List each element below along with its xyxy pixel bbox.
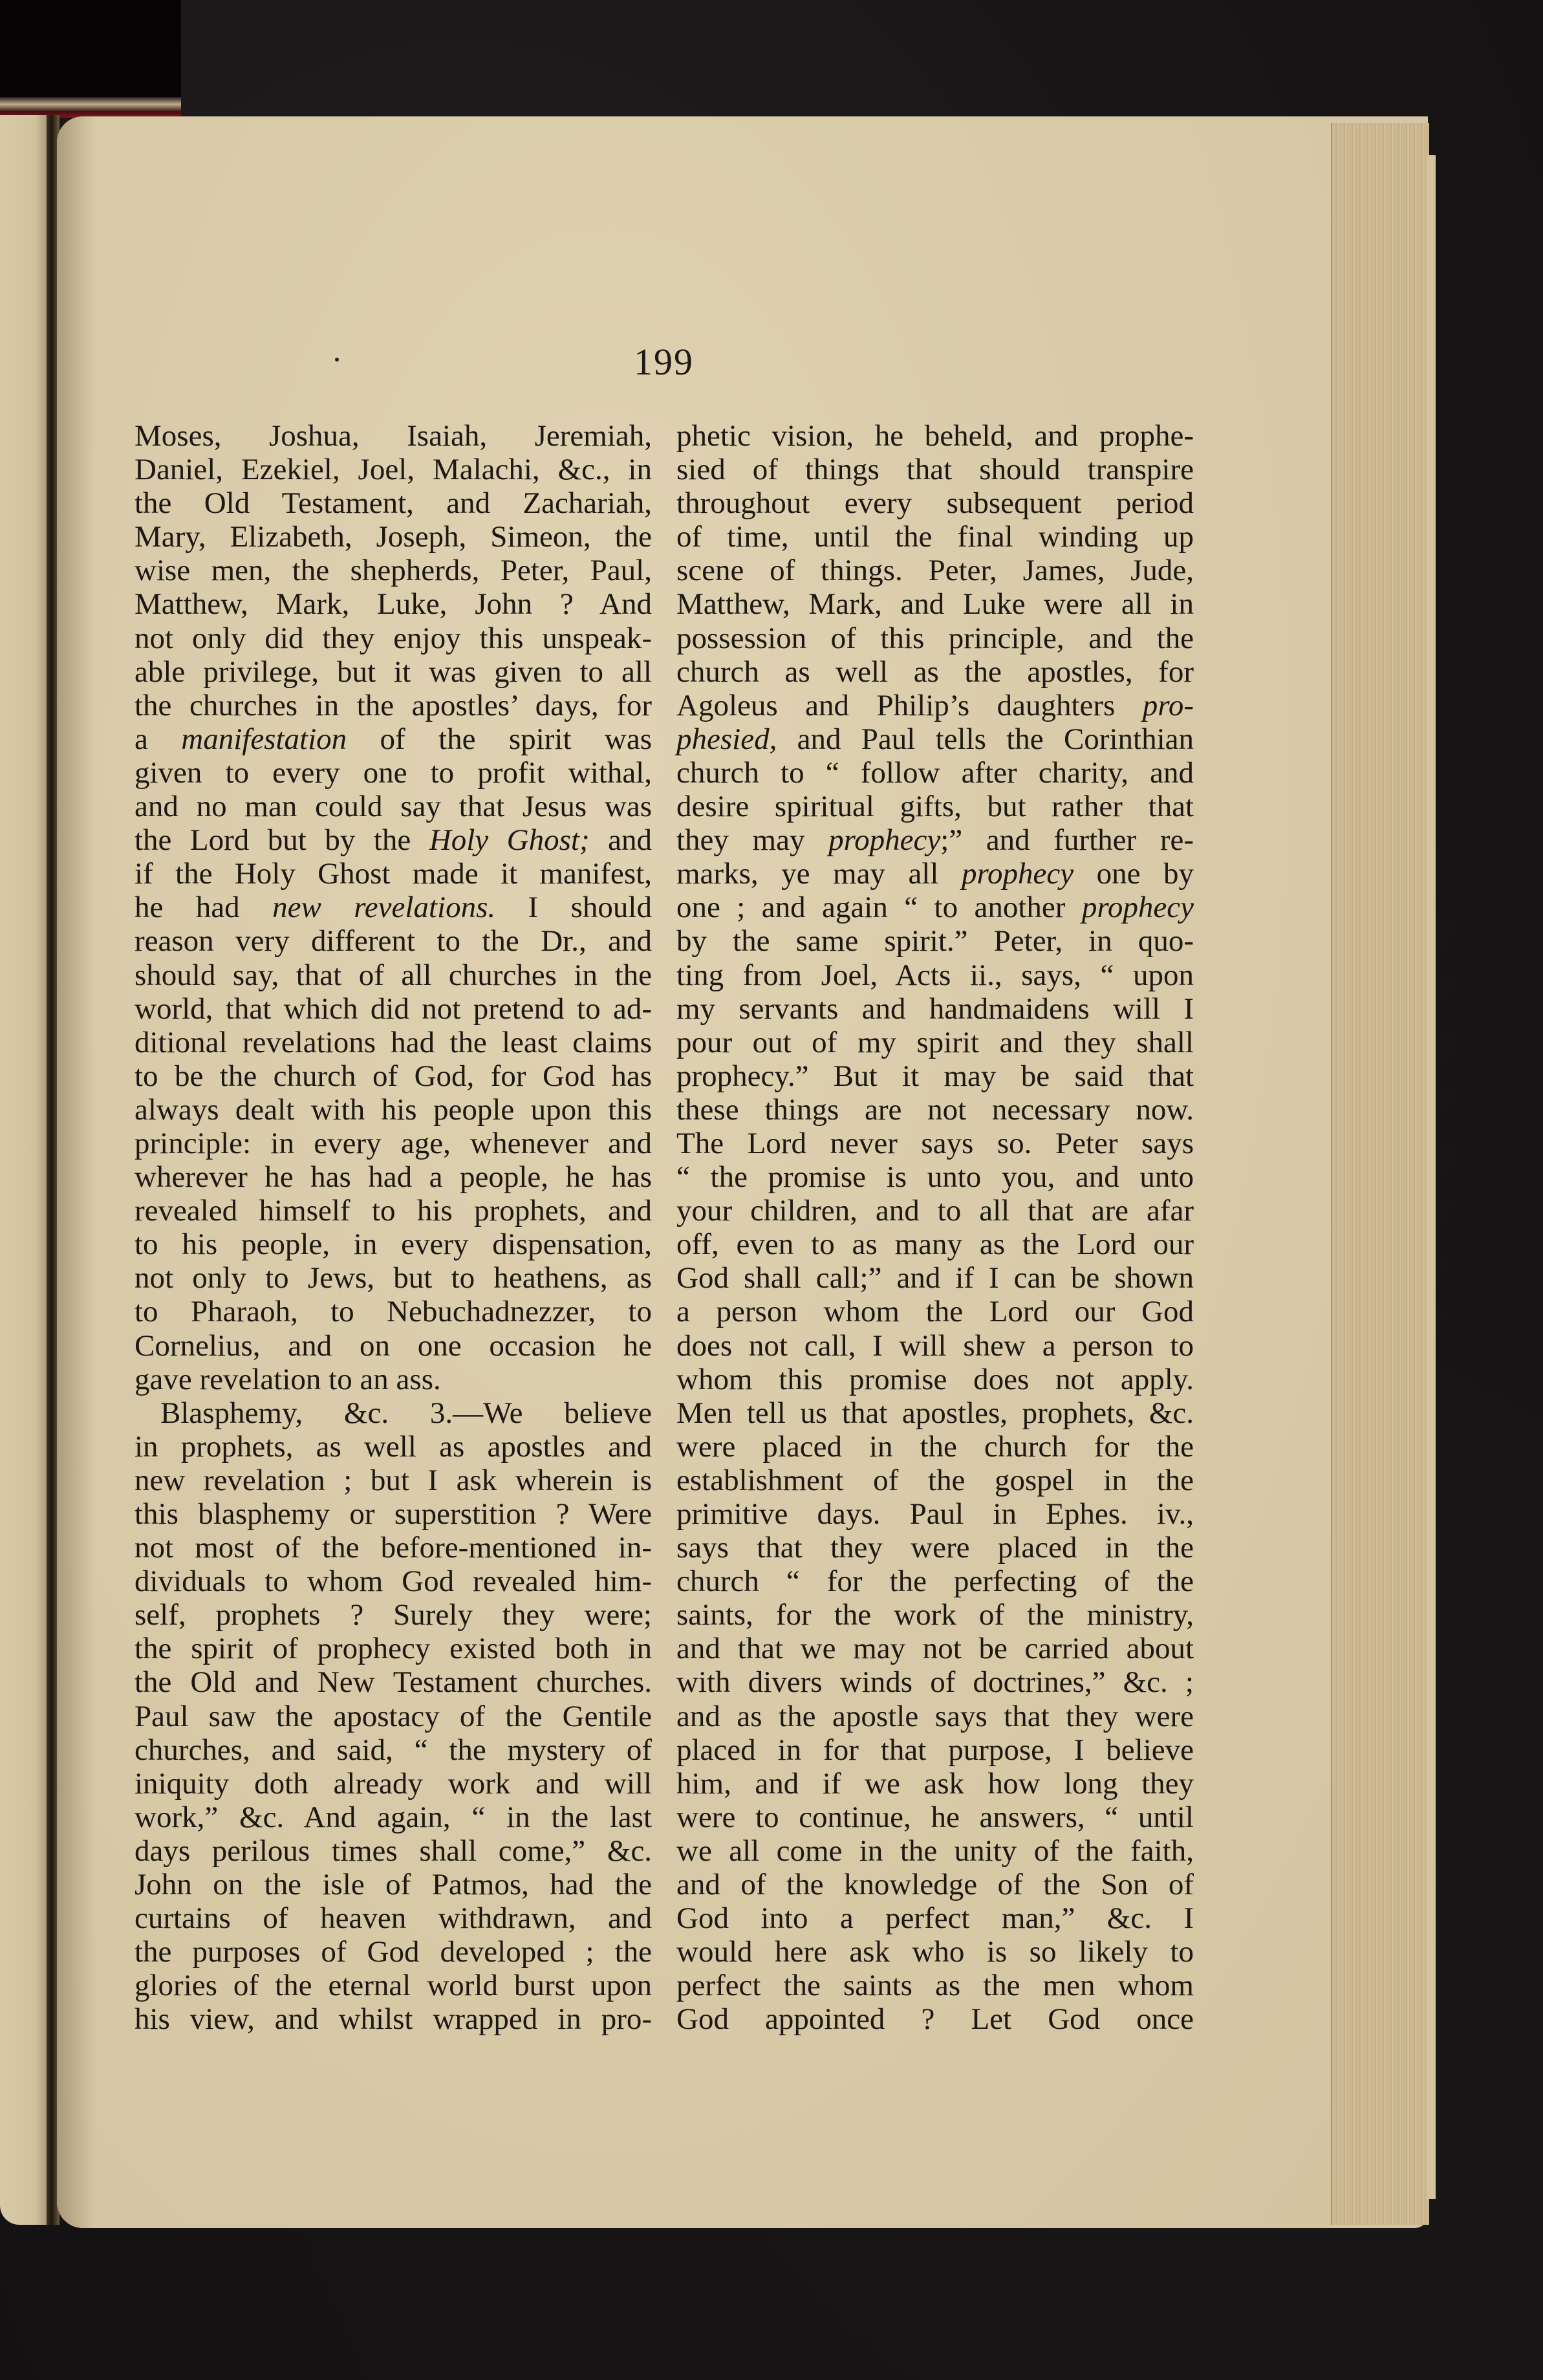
text-line: desire spiritual gifts, but rather that — [676, 790, 1194, 823]
text-line: one ; and again “ to another prophecy — [676, 891, 1194, 924]
text-line: and no man could say that Jesus was — [135, 790, 652, 823]
page-number: 199 — [634, 340, 694, 384]
text-line: scene of things. Peter, James, Jude, — [676, 554, 1194, 587]
text-line: given to every one to profit withal, — [135, 756, 652, 790]
italic-emphasis: prophecy — [1082, 891, 1194, 924]
text-line: in prophets, as well as apostles and — [135, 1430, 652, 1464]
text-line: were to continue, he answers, “ until — [676, 1801, 1194, 1834]
italic-emphasis: pro- — [1143, 689, 1194, 722]
text-line: world, that which did not pretend to ad- — [135, 992, 652, 1026]
text-line: to Pharaoh, to Nebuchadnezzer, to — [135, 1295, 652, 1328]
text-line: The Lord never says so. Peter says — [676, 1127, 1194, 1160]
text-line: saints, for the work of the ministry, — [676, 1598, 1194, 1632]
text-line: we all come in the unity of the faith, — [676, 1834, 1194, 1868]
text-column-left: Moses, Joshua, Isaiah, Jeremiah,Daniel, … — [135, 419, 652, 2037]
text-line: ting from Joel, Acts ii., says, “ upon — [676, 958, 1194, 992]
text-line: my servants and handmaidens will I — [676, 992, 1194, 1026]
text-line: church as well as the apostles, for — [676, 655, 1194, 689]
text-line: the Lord but by the Holy Ghost; and — [135, 823, 652, 857]
page-curve-shadow — [57, 116, 96, 2228]
text-line: the Old Testament, and Zachariah, — [135, 486, 652, 520]
text-line: gave revelation to an ass. — [135, 1363, 652, 1396]
text-line: phetic vision, he beheld, and prophe- — [676, 419, 1194, 453]
italic-emphasis: prophecy — [962, 857, 1074, 891]
text-line: not most of the before-mentioned in- — [135, 1531, 652, 1564]
text-line: always dealt with his people upon this — [135, 1093, 652, 1127]
italic-emphasis: manifestation — [181, 722, 347, 756]
text-line: the Old and New Testament churches. — [135, 1665, 652, 1699]
text-line: these things are not necessary now. — [676, 1093, 1194, 1127]
text-line: reason very different to the Dr., and — [135, 924, 652, 958]
text-line: Mary, Elizabeth, Joseph, Simeon, the — [135, 520, 652, 554]
text-line: “ the promise is unto you, and unto — [676, 1160, 1194, 1194]
text-line: able privilege, but it was given to all — [135, 655, 652, 689]
text-line: primitive days. Paul in Ephes. iv., — [676, 1497, 1194, 1531]
text-line: sied of things that should transpire — [676, 453, 1194, 486]
text-line: possession of this principle, and the — [676, 622, 1194, 655]
text-line: dividuals to whom God revealed him- — [135, 1564, 652, 1598]
text-line: self, prophets ? Surely they were; — [135, 1598, 652, 1632]
text-line: your children, and to all that are afar — [676, 1194, 1194, 1228]
page-edges-outer — [1427, 155, 1436, 2199]
text-line: curtains of heaven withdrawn, and — [135, 1901, 652, 1935]
text-line: would here ask who is so likely to — [676, 1935, 1194, 1969]
text-line: revealed himself to his prophets, and — [135, 1194, 652, 1228]
text-line: Moses, Joshua, Isaiah, Jeremiah, — [135, 419, 652, 453]
text-line: days perilous times shall come,” &c. — [135, 1834, 652, 1868]
text-line: Agoleus and Philip’s daughters pro- — [676, 689, 1194, 722]
text-line: perfect the saints as the men whom — [676, 1969, 1194, 2002]
text-line: to his people, in every dispensation, — [135, 1228, 652, 1261]
text-line: God appointed ? Let God once — [676, 2002, 1194, 2036]
text-line: God into a perfect man,” &c. I — [676, 1901, 1194, 1935]
text-line: not only did they enjoy this unspeak- — [135, 622, 652, 655]
italic-emphasis: new revelations. — [272, 891, 495, 924]
text-line: new revelation ; but I ask wherein is — [135, 1464, 652, 1497]
text-line: John on the isle of Patmos, had the — [135, 1868, 652, 1901]
left-page-edge — [0, 115, 50, 2225]
text-line: wise men, the shepherds, Peter, Paul, — [135, 554, 652, 587]
text-line: wherever he has had a people, he has — [135, 1160, 652, 1194]
text-line: him, and if we ask how long they — [676, 1767, 1194, 1801]
text-line: the purposes of God developed ; the — [135, 1935, 652, 1969]
text-line: God shall call;” and if I can be shown — [676, 1261, 1194, 1295]
text-line: by the same spirit.” Peter, in quo- — [676, 924, 1194, 958]
text-line: throughout every subsequent period — [676, 486, 1194, 520]
text-line: marks, ye may all prophecy one by — [676, 857, 1194, 891]
text-line: work,” &c. And again, “ in the last — [135, 1801, 652, 1834]
text-line: off, even to as many as the Lord our — [676, 1228, 1194, 1261]
text-line: church to “ follow after charity, and — [676, 756, 1194, 790]
text-line: whom this promise does not apply. — [676, 1363, 1194, 1396]
text-line: and as the apostle says that they were — [676, 1700, 1194, 1733]
text-line: a manifestation of the spirit was — [135, 722, 652, 756]
text-line: to be the church of God, for God has — [135, 1059, 652, 1093]
text-line: Daniel, Ezekiel, Joel, Malachi, &c., in — [135, 453, 652, 486]
text-line: a person whom the Lord our God — [676, 1295, 1194, 1328]
text-line: prophecy.” But it may be said that — [676, 1059, 1194, 1093]
text-line: glories of the eternal world burst upon — [135, 1969, 652, 2002]
italic-emphasis: prophecy — [828, 823, 940, 857]
text-line: Blasphemy, &c. 3.—We believe — [135, 1396, 652, 1430]
italic-emphasis: Holy Ghost; — [429, 823, 590, 857]
text-line: Cornelius, and on one occasion he — [135, 1329, 652, 1363]
text-line: does not call, I will shew a person to — [676, 1329, 1194, 1363]
text-line: should say, that of all churches in the — [135, 958, 652, 992]
text-line: and that we may not be carried about — [676, 1632, 1194, 1665]
text-line: Matthew, Mark, Luke, John ? And — [135, 587, 652, 621]
text-line: Paul saw the apostacy of the Gentile — [135, 1700, 652, 1733]
text-line: placed in for that purpose, I believe — [676, 1733, 1194, 1767]
text-line: they may prophecy;” and further re- — [676, 823, 1194, 857]
text-line: Matthew, Mark, and Luke were all in — [676, 587, 1194, 621]
text-line: his view, and whilst wrapped in pro- — [135, 2002, 652, 2036]
text-line: says that they were placed in the — [676, 1531, 1194, 1564]
text-line: Men tell us that apostles, prophets, &c. — [676, 1396, 1194, 1430]
text-line: the spirit of prophecy existed both in — [135, 1632, 652, 1665]
text-line: if the Holy Ghost made it manifest, — [135, 857, 652, 891]
text-line: church “ for the perfecting of the — [676, 1564, 1194, 1598]
italic-emphasis: phesied, — [676, 722, 777, 756]
text-line: phesied, and Paul tells the Corinthian — [676, 722, 1194, 756]
text-line: with divers winds of doctrines,” &c. ; — [676, 1665, 1194, 1699]
text-line: of time, until the final winding up — [676, 520, 1194, 554]
text-line: the churches in the apostles’ days, for — [135, 689, 652, 722]
text-line: establishment of the gospel in the — [676, 1464, 1194, 1497]
text-line: churches, and said, “ the mystery of — [135, 1733, 652, 1767]
text-line: not only to Jews, but to heathens, as — [135, 1261, 652, 1295]
text-line: and of the knowledge of the Son of — [676, 1868, 1194, 1901]
text-line: ditional revelations had the least claim… — [135, 1026, 652, 1059]
ink-speck — [335, 358, 339, 362]
text-column-right: phetic vision, he beheld, and prophe-sie… — [676, 419, 1194, 2037]
text-line: he had new revelations. I should — [135, 891, 652, 924]
page-edges-stack — [1331, 123, 1429, 2225]
text-line: were placed in the church for the — [676, 1430, 1194, 1464]
text-line: this blasphemy or superstition ? Were — [135, 1497, 652, 1531]
text-line: principle: in every age, whenever and — [135, 1127, 652, 1160]
text-line: iniquity doth already work and will — [135, 1767, 652, 1801]
book-cover — [0, 0, 181, 110]
text-line: pour out of my spirit and they shall — [676, 1026, 1194, 1059]
